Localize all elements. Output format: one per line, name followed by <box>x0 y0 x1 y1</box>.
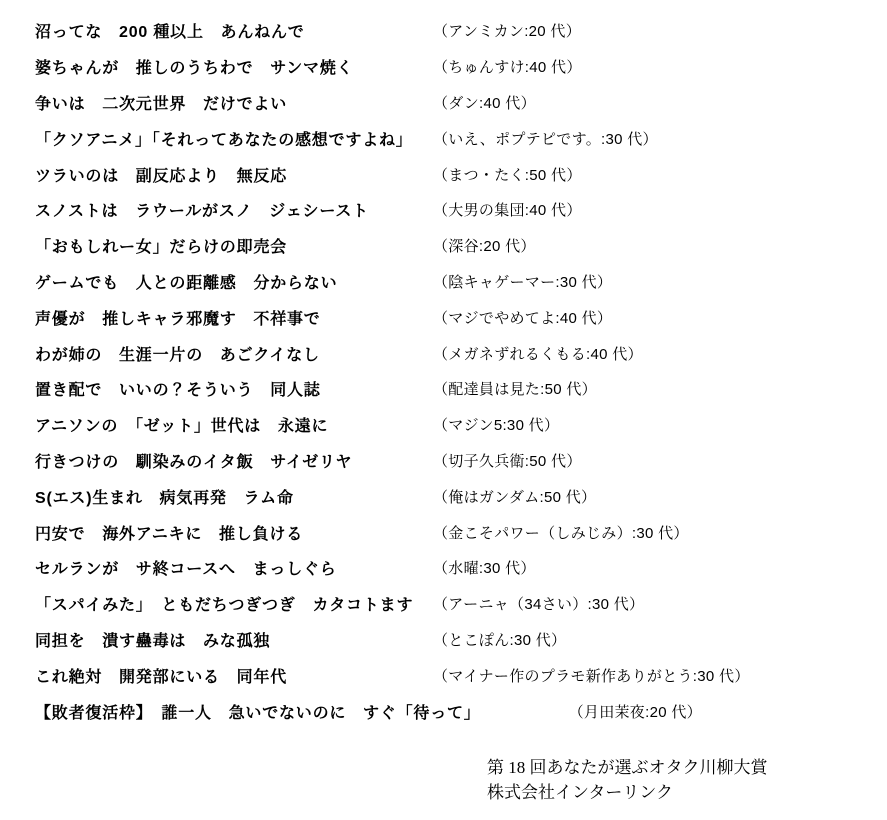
senryu-author-credit: （ダン:40 代） <box>433 92 536 113</box>
senryu-author-credit: （月田茉夜:20 代） <box>569 701 702 722</box>
senryu-author-credit: （マイナー作のプラモ新作ありがとう:30 代） <box>433 665 750 686</box>
senryu-row: 【敗者復活枠】 誰一人 急いでないのに すぐ「待って」 （月田茉夜:20 代） <box>35 693 887 729</box>
senryu-poem-text: アニソンの 「ゼット」世代は 永遠に <box>35 413 433 436</box>
senryu-row: 置き配で いいの？そういう 同人誌 （配達員は見た:50 代） <box>35 371 887 407</box>
senryu-author-credit: （アンミカン:20 代） <box>433 20 581 41</box>
senryu-author-credit: （配達員は見た:50 代） <box>433 378 597 399</box>
senryu-poem-text: スノストは ラウールがスノ ジェシースト <box>35 198 433 221</box>
senryu-row: 「スパイみた」 ともだちつぎつぎ カタコトます （アーニャ（34さい）:30 代… <box>35 586 887 622</box>
senryu-row: 婆ちゃんが 推しのうちわで サンマ焼く （ちゅんすけ:40 代） <box>35 49 887 85</box>
senryu-row: 沼ってな 200 種以上 あんねんで （アンミカン:20 代） <box>35 13 887 49</box>
senryu-author-credit: （深谷:20 代） <box>433 235 536 256</box>
senryu-poem-text: 沼ってな 200 種以上 あんねんで <box>35 19 433 42</box>
senryu-poem-text: 婆ちゃんが 推しのうちわで サンマ焼く <box>35 55 433 78</box>
senryu-poem-text: S(エス)生まれ 病気再発 ラム命 <box>35 485 433 508</box>
senryu-row: 「クソアニメ」「それってあなたの感想ですよね」 （いえ、ポプテピです。:30 代… <box>35 120 887 156</box>
footer-company-name: 株式会社インターリンク <box>487 780 887 805</box>
senryu-poem-text: 円安で 海外アニキに 推し負ける <box>35 521 433 544</box>
senryu-row: S(エス)生まれ 病気再発 ラム命 （俺はガンダム:50 代） <box>35 478 887 514</box>
senryu-row: スノストは ラウールがスノ ジェシースト （大男の集団:40 代） <box>35 192 887 228</box>
senryu-poem-text: 「クソアニメ」「それってあなたの感想ですよね」 <box>35 127 433 150</box>
senryu-row: 同担を 潰す蠱毒は みな孤独 （とこぽん:30 代） <box>35 622 887 658</box>
senryu-author-credit: （ちゅんすけ:40 代） <box>433 56 582 77</box>
senryu-poem-text: 「おもしれー女」だらけの即売会 <box>35 234 433 257</box>
senryu-author-credit: （マジン5:30 代） <box>433 414 559 435</box>
senryu-author-credit: （アーニャ（34さい）:30 代） <box>433 593 644 614</box>
senryu-author-credit: （金こそパワー（しみじみ）:30 代） <box>433 522 689 543</box>
senryu-poem-text: ゲームでも 人との距離感 分からない <box>35 270 433 293</box>
senryu-poem-text: 声優が 推しキャラ邪魔す 不祥事で <box>35 306 433 329</box>
senryu-author-credit: （俺はガンダム:50 代） <box>433 486 596 507</box>
senryu-row: セルランが サ終コースへ まっしぐら （水曜:30 代） <box>35 550 887 586</box>
senryu-author-credit: （とこぽん:30 代） <box>433 629 566 650</box>
senryu-author-credit: （いえ、ポプテピです。:30 代） <box>433 128 658 149</box>
senryu-row: 行きつけの 馴染みのイタ飯 サイゼリヤ （切子久兵衛:50 代） <box>35 443 887 479</box>
senryu-row: アニソンの 「ゼット」世代は 永遠に （マジン5:30 代） <box>35 407 887 443</box>
senryu-row: 「おもしれー女」だらけの即売会 （深谷:20 代） <box>35 228 887 264</box>
senryu-row: これ絶対 開発部にいる 同年代 （マイナー作のプラモ新作ありがとう:30 代） <box>35 657 887 693</box>
senryu-poem-text: 同担を 潰す蠱毒は みな孤独 <box>35 628 433 651</box>
senryu-poem-text: セルランが サ終コースへ まっしぐら <box>35 556 433 579</box>
senryu-author-credit: （大男の集団:40 代） <box>433 199 582 220</box>
senryu-author-credit: （マジでやめてよ:40 代） <box>433 307 612 328</box>
senryu-row: ツラいのは 副反応より 無反応 （まつ・たく:50 代） <box>35 156 887 192</box>
senryu-row: 争いは 二次元世界 だけでよい （ダン:40 代） <box>35 85 887 121</box>
senryu-poem-text: これ絶対 開発部にいる 同年代 <box>35 664 433 687</box>
senryu-poem-text: 争いは 二次元世界 だけでよい <box>35 91 433 114</box>
senryu-row: わが姉の 生涯一片の あごクイなし （メガネずれるくもる:40 代） <box>35 335 887 371</box>
senryu-poem-text: 【敗者復活枠】 誰一人 急いでないのに すぐ「待って」 <box>35 700 481 723</box>
senryu-poem-text: 置き配で いいの？そういう 同人誌 <box>35 377 433 400</box>
senryu-author-credit: （水曜:30 代） <box>433 557 536 578</box>
senryu-poem-text: 行きつけの 馴染みのイタ飯 サイゼリヤ <box>35 449 433 472</box>
footer: 第 18 回あなたが選ぶオタク川柳大賞 株式会社インターリンク <box>487 755 887 805</box>
senryu-poem-text: ツラいのは 副反応より 無反応 <box>35 163 433 186</box>
senryu-row: 円安で 海外アニキに 推し負ける （金こそパワー（しみじみ）:30 代） <box>35 514 887 550</box>
senryu-list: 沼ってな 200 種以上 あんねんで （アンミカン:20 代） 婆ちゃんが 推し… <box>0 0 887 729</box>
senryu-poem-text: わが姉の 生涯一片の あごクイなし <box>35 342 433 365</box>
senryu-author-credit: （陰キャゲーマー:30 代） <box>433 271 612 292</box>
senryu-row: ゲームでも 人との距離感 分からない （陰キャゲーマー:30 代） <box>35 264 887 300</box>
senryu-author-credit: （メガネずれるくもる:40 代） <box>433 343 643 364</box>
footer-award-title: 第 18 回あなたが選ぶオタク川柳大賞 <box>487 755 887 780</box>
senryu-poem-text: 「スパイみた」 ともだちつぎつぎ カタコトます <box>35 592 433 615</box>
senryu-row: 声優が 推しキャラ邪魔す 不祥事で （マジでやめてよ:40 代） <box>35 299 887 335</box>
senryu-author-credit: （まつ・たく:50 代） <box>433 164 582 185</box>
senryu-document: 沼ってな 200 種以上 あんねんで （アンミカン:20 代） 婆ちゃんが 推し… <box>0 0 887 820</box>
senryu-author-credit: （切子久兵衛:50 代） <box>433 450 582 471</box>
